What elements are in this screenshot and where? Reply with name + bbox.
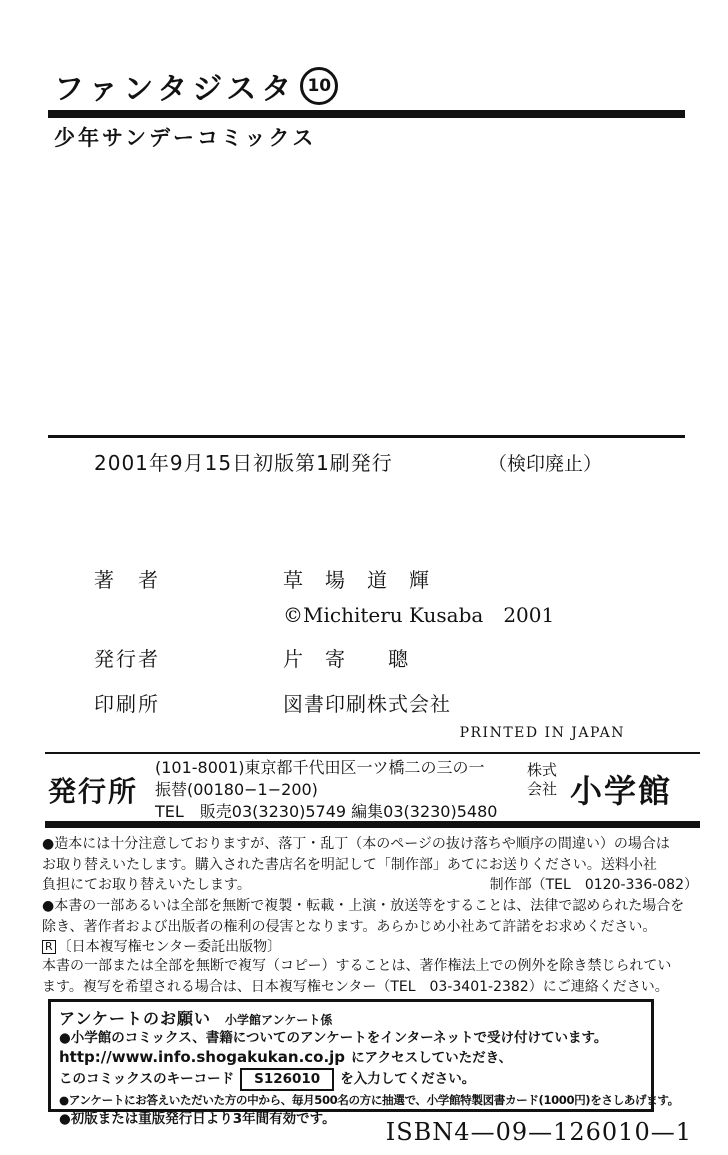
rights-center-line: R〔日本複写権センター委託出版物〕 xyxy=(42,937,698,958)
survey-url-line: http://www.info.shogakukan.co.jp にアクセスして… xyxy=(59,1048,643,1068)
survey-url-suffix: にアクセスしていただき、 xyxy=(351,1049,512,1068)
copyright-notice-line2: 除き、著作者および出版者の権利の侵害となります。あらかじめ小社あて許諾をお求めく… xyxy=(42,917,698,938)
corporation-type-top: 株式 xyxy=(527,761,557,780)
publisher-address: (101-8001)東京都千代田区一ツ橋二の三の一 xyxy=(155,757,497,779)
survey-intro-line: ●小学館のコミックス、書籍についてのアンケートをインターネットで受け付けています… xyxy=(59,1029,643,1048)
volume-number-circle: 10 xyxy=(300,67,338,105)
binding-notice-line1: ●造本には十分注意しておりますが、落丁・乱丁（本のページの抜け落ちや順序の間違い… xyxy=(42,834,698,855)
printed-in-japan: PRINTED IN JAPAN xyxy=(0,725,625,741)
survey-header: アンケートのお願い 小学館アンケート係 xyxy=(59,1006,643,1029)
isbn-number: ISBN4—09—126010—1 xyxy=(0,1118,692,1146)
survey-title: アンケートのお願い xyxy=(59,1006,211,1029)
production-dept-contact: 制作部（TEL 0120-336-082） xyxy=(490,875,698,896)
publisher-label: 発行者 xyxy=(94,643,160,672)
keycode-suffix: を入力してください。 xyxy=(340,1071,475,1087)
copyright-line: ©Michiteru Kusaba 2001 xyxy=(283,599,554,628)
binding-notice-line3: 負担にてお取り替えいたします。 xyxy=(42,875,251,896)
title-underline-rule xyxy=(48,110,685,118)
book-title: ファンタジスタ 10 xyxy=(54,64,338,108)
print-notice: 2001年9月15日初版第1刷発行 xyxy=(94,447,393,476)
publishing-house-name: 小学館 xyxy=(570,766,672,812)
author-name: 草 場 道 輝 xyxy=(283,564,430,593)
survey-prize-line: ●アンケートにお答えいただいた方の中から、毎月500名の方に抽選で、小学館特製図… xyxy=(59,1091,643,1110)
keycode-value: S126010 xyxy=(240,1068,334,1091)
printer-label: 印刷所 xyxy=(94,688,160,717)
binding-notice: ●造本には十分注意しておりますが、落丁・乱丁（本のページの抜け落ちや順序の間違い… xyxy=(42,834,698,896)
corporation-type-bottom: 会社 xyxy=(527,780,557,799)
rights-center-mark-icon: R xyxy=(42,940,56,954)
author-label: 著 者 xyxy=(94,564,160,593)
copyright-notice: ●本書の一部あるいは全部を無断で複製・転載・上演・放送等をすることは、法律で認め… xyxy=(42,896,698,958)
keycode-prefix: このコミックスのキーコード xyxy=(59,1071,234,1087)
series-name: 少年サンデーコミックス xyxy=(54,122,316,152)
reproduction-notice-line2: ます。複写を希望される場合は、日本複写権センター（TEL 03-3401-238… xyxy=(42,977,698,998)
publisher-block-top-rule xyxy=(45,752,700,754)
edition-divider-rule xyxy=(48,435,685,438)
inspection-seal-note: （検印廃止） xyxy=(488,449,602,476)
publisher-telephone: TEL 販売03(3230)5749 編集03(3230)5480 xyxy=(155,801,497,823)
publisher-postal-transfer: 振替(00180−1−200) xyxy=(155,779,497,801)
publishing-house-label: 発行所 xyxy=(48,770,138,810)
publishing-house-details: (101-8001)東京都千代田区一ツ橋二の三の一 振替(00180−1−200… xyxy=(155,757,497,823)
survey-keycode-line: このコミックスのキーコードS126010を入力してください。 xyxy=(59,1068,643,1091)
colophon-page: ファンタジスタ 10 少年サンデーコミックス 2001年9月15日初版第1刷発行… xyxy=(0,0,728,1155)
publisher-name: 片 寄 聰 xyxy=(283,643,409,672)
printer-name: 図書印刷株式会社 xyxy=(283,688,451,717)
survey-subtitle: 小学館アンケート係 xyxy=(225,1011,332,1028)
publisher-block-bottom-rule xyxy=(45,821,700,828)
rights-center-text: 〔日本複写権センター委託出版物〕 xyxy=(58,939,281,955)
survey-request-box: アンケートのお願い 小学館アンケート係 ●小学館のコミックス、書籍についてのアン… xyxy=(48,999,654,1112)
corporation-type: 株式 会社 xyxy=(527,761,557,799)
survey-url: http://www.info.shogakukan.co.jp xyxy=(59,1048,345,1067)
book-title-text: ファンタジスタ xyxy=(54,64,296,108)
reproduction-notice-line1: 本書の一部または全部を無断で複写（コピー）することは、著作権法上での例外を除き禁… xyxy=(42,956,698,977)
binding-notice-line2: お取り替えいたします。購入された書店名を明記して「制作部」あてにお送りください。… xyxy=(42,855,698,876)
copyright-notice-line1: ●本書の一部あるいは全部を無断で複製・転載・上演・放送等をすることは、法律で認め… xyxy=(42,896,698,917)
reproduction-notice: 本書の一部または全部を無断で複写（コピー）することは、著作権法上での例外を除き禁… xyxy=(42,956,698,997)
